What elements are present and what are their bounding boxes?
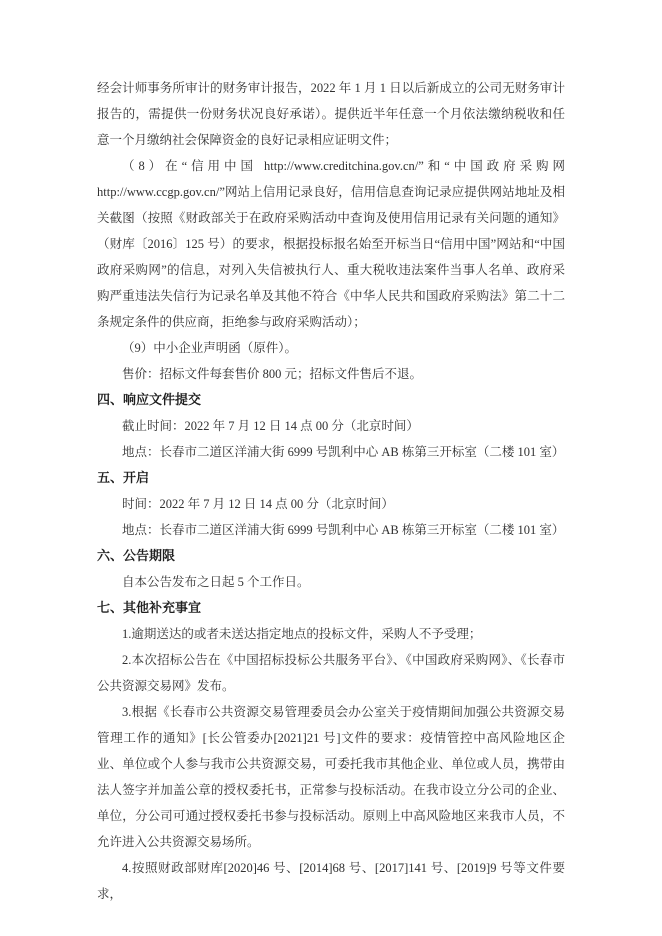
paragraph-submission-location: 地点：长春市二道区洋浦大街 6999 号凯利中心 AB 栋第三开标室（二楼 10… bbox=[97, 439, 565, 465]
section-heading-response-documents: 四、响应文件提交 bbox=[97, 387, 565, 413]
section-heading-other-matters: 七、其他补充事宜 bbox=[97, 595, 565, 621]
document-body: 经会计师事务所审计的财务审计报告，2022 年 1 月 1 日以后新成立的公司无… bbox=[97, 75, 565, 907]
section-heading-opening: 五、开启 bbox=[97, 465, 565, 491]
paragraph-continued: 经会计师事务所审计的财务审计报告，2022 年 1 月 1 日以后新成立的公司无… bbox=[97, 75, 565, 153]
paragraph-other-4: 4.按照财政部财库[2020]46 号、[2014]68 号、[2017]141… bbox=[97, 855, 565, 907]
paragraph-opening-time: 时间：2022 年 7 月 12 日 14 点 00 分（北京时间） bbox=[97, 491, 565, 517]
paragraph-opening-location: 地点：长春市二道区洋浦大街 6999 号凯利中心 AB 栋第三开标室（二楼 10… bbox=[97, 517, 565, 543]
document-page: 经会计师事务所审计的财务审计报告，2022 年 1 月 1 日以后新成立的公司无… bbox=[0, 0, 662, 936]
paragraph-announcement-period: 自本公告发布之日起 5 个工作日。 bbox=[97, 569, 565, 595]
paragraph-other-2: 2.本次招标公告在《中国招标投标公共服务平台》、《中国政府采购网》、《长春市公共… bbox=[97, 647, 565, 699]
paragraph-other-1: 1.逾期送达的或者未送达指定地点的投标文件，采购人不予受理； bbox=[97, 621, 565, 647]
paragraph-deadline: 截止时间：2022 年 7 月 12 日 14 点 00 分（北京时间） bbox=[97, 413, 565, 439]
paragraph-price: 售价：招标文件每套售价 800 元；招标文件售后不退。 bbox=[97, 361, 565, 387]
paragraph-item-9: （9）中小企业声明函（原件）。 bbox=[97, 335, 565, 361]
section-heading-announcement-period: 六、公告期限 bbox=[97, 543, 565, 569]
paragraph-other-3: 3.根据《长春市公共资源交易管理委员会办公室关于疫情期间加强公共资源交易管理工作… bbox=[97, 699, 565, 855]
paragraph-item-8: （8）在“信用中国 http://www.creditchina.gov.cn/… bbox=[97, 153, 565, 335]
